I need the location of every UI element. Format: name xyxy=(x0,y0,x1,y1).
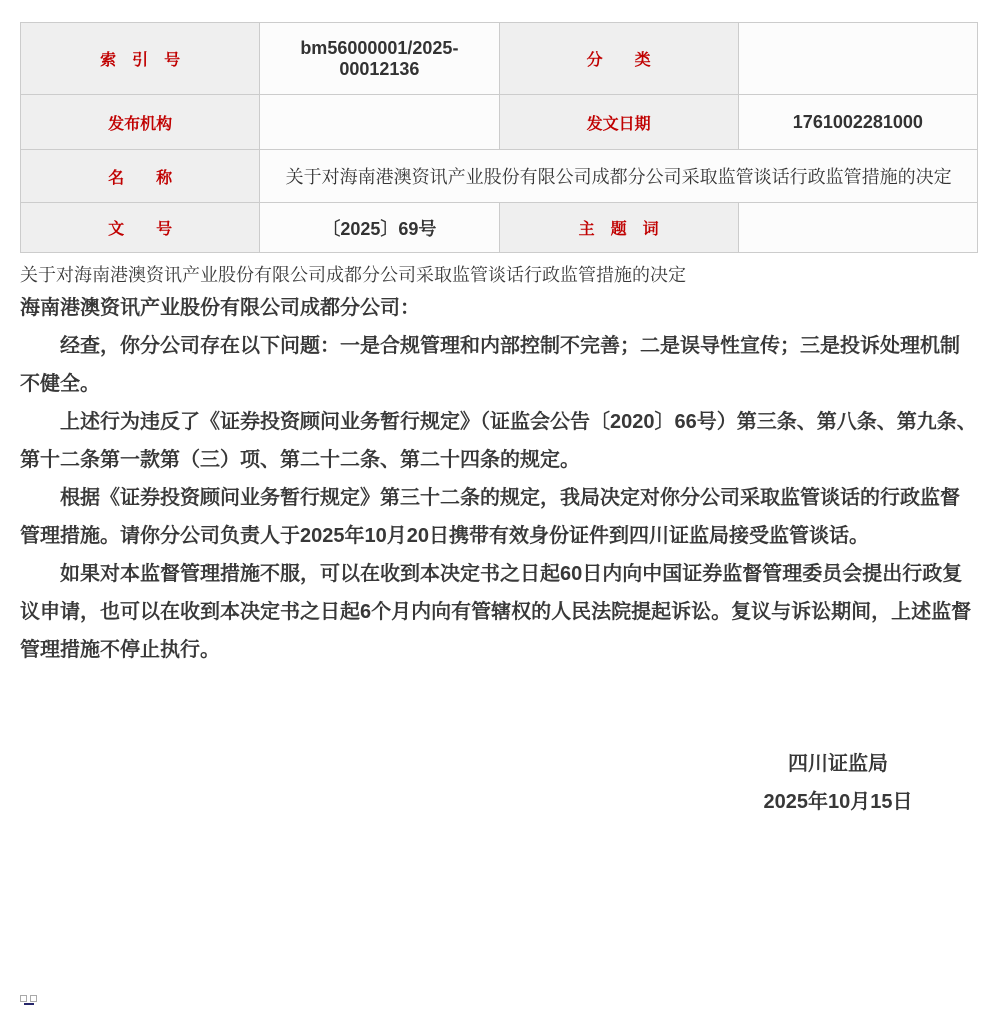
broken-image-link[interactable] xyxy=(20,995,38,1007)
table-row: 文 号 〔2025〕69号 主 题 词 xyxy=(21,203,978,253)
paragraph: 如果对本监督管理措施不服，可以在收到本决定书之日起60日内向中国证券监督管理委员… xyxy=(20,555,978,669)
publish-date-value: 1761002281000 xyxy=(738,95,977,150)
index-number-label: 索 引 号 xyxy=(21,23,260,95)
issuing-agency-label: 发布机构 xyxy=(21,95,260,150)
doc-number-label: 文 号 xyxy=(21,203,260,253)
document-body: 海南港澳资讯产业股份有限公司成都分公司： 经查，你分公司存在以下问题：一是合规管… xyxy=(20,289,978,669)
document-title: 关于对海南港澳资讯产业股份有限公司成都分公司采取监管谈话行政监管措施的决定 xyxy=(20,261,978,289)
metadata-table: 索 引 号 bm56000001/2025-00012136 分 类 发布机构 … xyxy=(20,22,978,253)
salutation: 海南港澳资讯产业股份有限公司成都分公司： xyxy=(20,289,978,327)
issuing-agency-value xyxy=(260,95,499,150)
category-label: 分 类 xyxy=(499,23,738,95)
subject-words-label: 主 题 词 xyxy=(499,203,738,253)
name-value: 关于对海南港澳资讯产业股份有限公司成都分公司采取监管谈话行政监管措施的决定 xyxy=(260,150,978,203)
table-row: 索 引 号 bm56000001/2025-00012136 分 类 xyxy=(21,23,978,95)
signature-agency: 四川证监局 xyxy=(698,745,978,783)
subject-words-value xyxy=(738,203,977,253)
paragraph: 经查，你分公司存在以下问题：一是合规管理和内部控制不完善；二是误导性宣传；三是投… xyxy=(20,327,978,403)
broken-image-icon xyxy=(20,995,27,1002)
publish-date-label: 发文日期 xyxy=(499,95,738,150)
table-row: 名 称 关于对海南港澳资讯产业股份有限公司成都分公司采取监管谈话行政监管措施的决… xyxy=(21,150,978,203)
category-value xyxy=(738,23,977,95)
broken-image-icon xyxy=(30,995,37,1002)
name-label: 名 称 xyxy=(21,150,260,203)
table-row: 发布机构 发文日期 1761002281000 xyxy=(21,95,978,150)
doc-number-value: 〔2025〕69号 xyxy=(260,203,499,253)
signature-date: 2025年10月15日 xyxy=(698,783,978,821)
document-page: 索 引 号 bm56000001/2025-00012136 分 类 发布机构 … xyxy=(0,0,1000,1031)
link-underline xyxy=(24,1003,34,1005)
signature-block: 四川证监局 2025年10月15日 xyxy=(698,745,978,821)
paragraph: 根据《证券投资顾问业务暂行规定》第三十二条的规定，我局决定对你分公司采取监管谈话… xyxy=(20,479,978,555)
paragraph: 上述行为违反了《证券投资顾问业务暂行规定》（证监会公告〔2020〕66号）第三条… xyxy=(20,403,978,479)
index-number-value: bm56000001/2025-00012136 xyxy=(260,23,499,95)
